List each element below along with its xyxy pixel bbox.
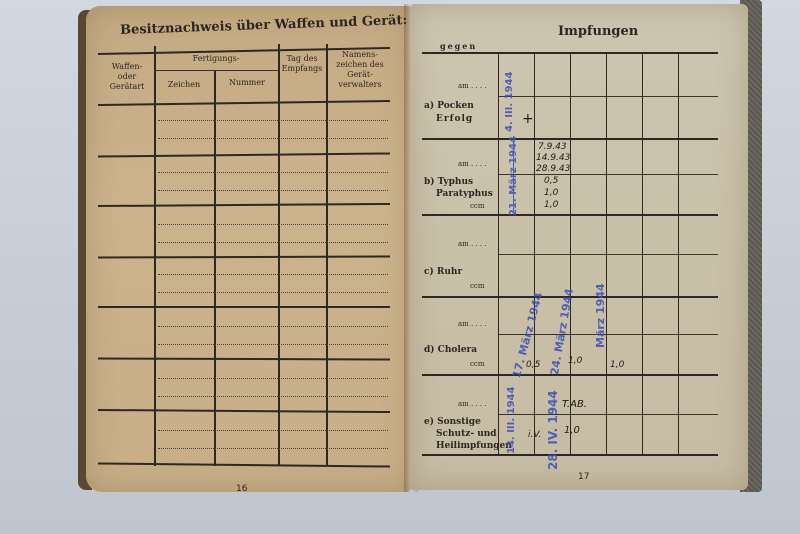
- row-rule: [98, 306, 390, 308]
- dotted-line: [158, 292, 388, 293]
- dotted-line: [158, 344, 388, 345]
- sonstige-text-1: T.AB.: [562, 400, 587, 410]
- dotted-line: [158, 448, 388, 449]
- dotted-line: [158, 378, 388, 379]
- right-page: Impfungen gegen am . . . . a) Pocken Erf…: [410, 4, 748, 490]
- cholera-stamp-3: März 1944: [594, 283, 607, 348]
- dotted-line: [158, 138, 388, 139]
- dotted-line: [158, 430, 388, 431]
- typhus-dose-3: 1,0: [544, 200, 558, 210]
- sonstige-text-2: 1,0: [564, 426, 580, 436]
- dotted-line: [158, 190, 388, 191]
- section-a-sub: Erfolg: [436, 113, 473, 125]
- pocken-result: +: [522, 114, 534, 124]
- grid-rule: [498, 96, 718, 97]
- section-b-label: b) Typhus: [424, 176, 473, 188]
- gegen-label: gegen: [440, 40, 477, 52]
- col-header-nummer: Nummer: [218, 78, 276, 88]
- row-rule: [98, 357, 390, 360]
- am-label: am . . . .: [458, 80, 487, 92]
- grid-col: [642, 54, 643, 454]
- section-a-label: a) Pocken: [424, 100, 474, 112]
- cholera-dose-1: 0,5: [526, 360, 540, 370]
- grid-col: [534, 54, 535, 454]
- page-number-left: 16: [236, 484, 247, 494]
- grid-col: [498, 54, 499, 454]
- dotted-line: [158, 120, 388, 121]
- col-header-namens: Namens- zeichen des Gerät- verwalters: [330, 50, 390, 90]
- section-e-sub: Schutz- und: [436, 428, 497, 440]
- am-label: am . . . .: [458, 158, 487, 170]
- right-page-title: Impfungen: [558, 24, 638, 39]
- grid-col: [570, 54, 571, 454]
- dotted-line: [158, 224, 388, 225]
- am-label: am . . . .: [458, 318, 487, 330]
- sonstige-stamp-2: 28. IV. 1944: [546, 390, 560, 470]
- row-rule: [98, 462, 390, 467]
- am-label: am . . . .: [458, 398, 487, 410]
- pocken-date-stamp: 4. III. 1944: [504, 71, 515, 132]
- col-header-tag: Tag des Empfangs: [280, 54, 324, 74]
- row-rule: [98, 409, 390, 413]
- section-c-label: c) Ruhr: [424, 266, 462, 278]
- section-b-unit: ccm: [470, 200, 484, 212]
- left-page: Besitznachweis über Waffen und Gerät: Wa…: [86, 6, 412, 492]
- section-e-sub2: Heilimpfungen: [436, 440, 512, 452]
- dotted-line: [158, 242, 388, 243]
- typhus-dose-2: 1,0: [544, 188, 558, 198]
- page-number-right: 17: [578, 472, 589, 482]
- col-header-waffen: Waffen- oder Gerätart: [102, 62, 152, 92]
- row-rule: [98, 152, 390, 157]
- dotted-line: [158, 326, 388, 327]
- section-d-unit: ccm: [470, 358, 484, 370]
- grid-rule: [498, 254, 718, 255]
- typhus-date-3: 28.9.43: [536, 164, 570, 174]
- row-rule: [98, 255, 390, 258]
- left-page-title: Besitznachweis über Waffen und Gerät:: [120, 13, 408, 38]
- section-e-label: e) Sonstige: [424, 416, 481, 428]
- dotted-line: [158, 172, 388, 173]
- typhus-date-1: 7.9.43: [538, 142, 567, 152]
- row-rule: [98, 203, 390, 207]
- typhus-dose-1: 0,5: [544, 176, 558, 186]
- grid-col: [678, 54, 679, 454]
- typhus-stamp: 21. März 1944: [508, 136, 519, 216]
- am-label: am . . . .: [458, 238, 487, 250]
- sonstige-initial: i.V.: [528, 430, 541, 440]
- section-d-label: d) Cholera: [424, 344, 477, 356]
- cholera-dose-2: 1,0: [568, 356, 582, 366]
- typhus-date-2: 14.9.43: [536, 153, 570, 163]
- fertigungs-subrule: [154, 70, 278, 71]
- grid-col: [606, 54, 607, 454]
- dotted-line: [158, 274, 388, 275]
- col-header-zeichen: Zeichen: [156, 80, 212, 90]
- header-bottom-rule: [98, 100, 390, 106]
- section-c-unit: ccm: [470, 280, 484, 292]
- dotted-line: [158, 396, 388, 397]
- section-rule: [422, 454, 718, 456]
- grid-rule: [498, 174, 718, 175]
- grid-rule: [498, 414, 718, 415]
- section-b-sub: Paratyphus: [436, 188, 493, 200]
- col-divider: [214, 71, 216, 466]
- cholera-dose-3: 1,0: [610, 360, 624, 370]
- col-header-fertigungs: Fertigungs-: [158, 54, 274, 64]
- sonstige-stamp-1: 14. III. 1944: [506, 387, 517, 454]
